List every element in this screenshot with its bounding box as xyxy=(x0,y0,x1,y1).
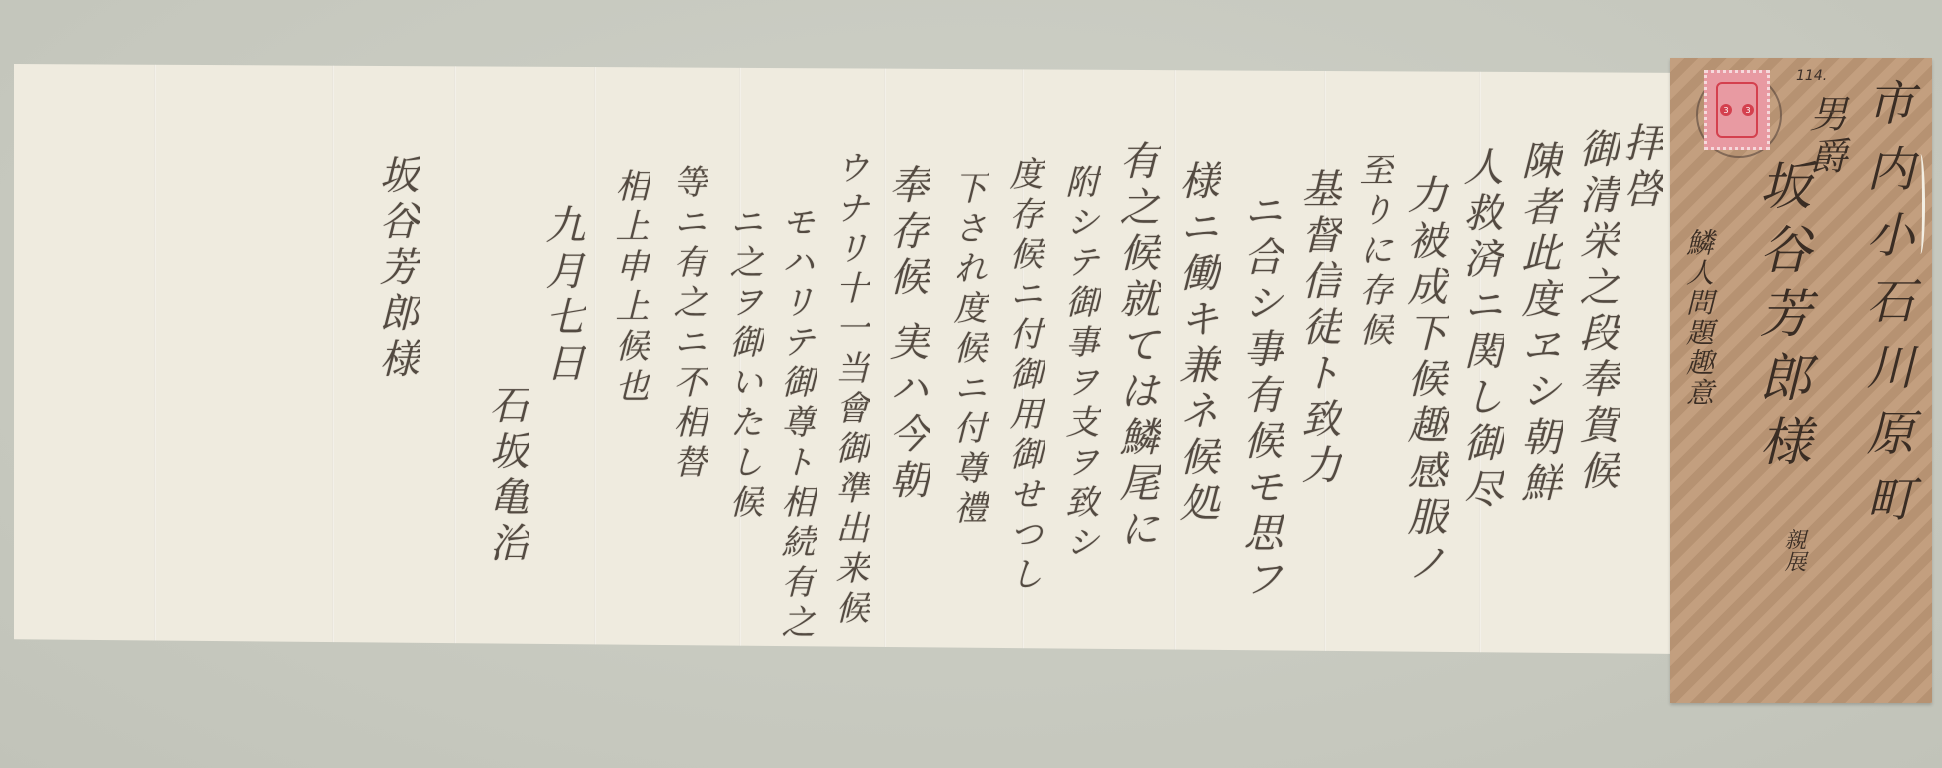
letter-column: 基督信徒ト致力 xyxy=(1298,168,1338,490)
sender-name: 石坂亀治 xyxy=(486,384,526,568)
pencil-note: 114. xyxy=(1796,68,1827,84)
letter-sheet: 拝啓 御清栄之段奉賀候 陳者此度ヱシ朝鮮 人救済ニ関し御尽 力被成下候趣感服ノ … xyxy=(14,64,1676,654)
fold-line xyxy=(454,64,456,654)
fold-line xyxy=(154,64,156,654)
letter-column: 至りに存候 xyxy=(1356,152,1390,352)
letter-column: 力被成下候趣感服ノ xyxy=(1404,174,1444,588)
letter-column: 様ニ働キ兼ネ候処 xyxy=(1176,160,1216,528)
envelope-title: 男爵 xyxy=(1806,94,1844,178)
letter-column: 拝啓 xyxy=(1620,122,1660,214)
envelope-address: 市内小石川原町 xyxy=(1862,78,1910,540)
letter-column: ニ合シ事有候モ思フ xyxy=(1240,190,1280,604)
stamp-denomination: 3 xyxy=(1742,104,1754,116)
envelope-recipient: 坂谷芳郎様 xyxy=(1754,158,1806,478)
envelope: 3 3 114. 市内小石川原町 男爵 坂谷芳郎様 鱗人問題趣意 親展 xyxy=(1670,58,1932,703)
letter-column: ニ之ヲ御いたし候 xyxy=(726,204,760,524)
stamp-denomination: 3 xyxy=(1720,104,1732,116)
letter-column: 度存候ニ付御用御せつし xyxy=(1006,156,1040,596)
letter-column: 下され度候ニ付尊禮 xyxy=(950,170,984,530)
letter-column: 人救済ニ関し御尽 xyxy=(1460,146,1500,514)
letter-column: 有之候就ては鱗尾に xyxy=(1116,140,1156,554)
letter-column: 陳者此度ヱシ朝鮮 xyxy=(1518,140,1558,508)
binding-string xyxy=(1916,154,1925,254)
letter-column: モハリテ御尊ト相続有之 xyxy=(778,204,812,644)
letter-column: ウナリ十一当會御準出来候 xyxy=(832,150,866,630)
postage-stamp: 3 3 xyxy=(1704,70,1770,150)
fold-line xyxy=(332,64,334,654)
closing-date: 九月七日 xyxy=(542,204,582,388)
recipient-name: 坂谷芳郎様 xyxy=(376,154,416,384)
letter-column: 等ニ有之ニ不相替 xyxy=(670,164,704,484)
fold-line xyxy=(594,64,596,654)
letter-column: 御清栄之段奉賀候 xyxy=(1576,128,1616,496)
letter-column: 附シテ御事ヲ支ヲ致シ xyxy=(1062,164,1096,564)
envelope-note: 鱗人問題趣意 xyxy=(1684,228,1712,408)
letter-column: 相上申上候也 xyxy=(612,168,646,408)
letter-column: 奉存候 実ハ今朝 xyxy=(886,164,926,505)
envelope-seal: 親展 xyxy=(1782,528,1804,572)
